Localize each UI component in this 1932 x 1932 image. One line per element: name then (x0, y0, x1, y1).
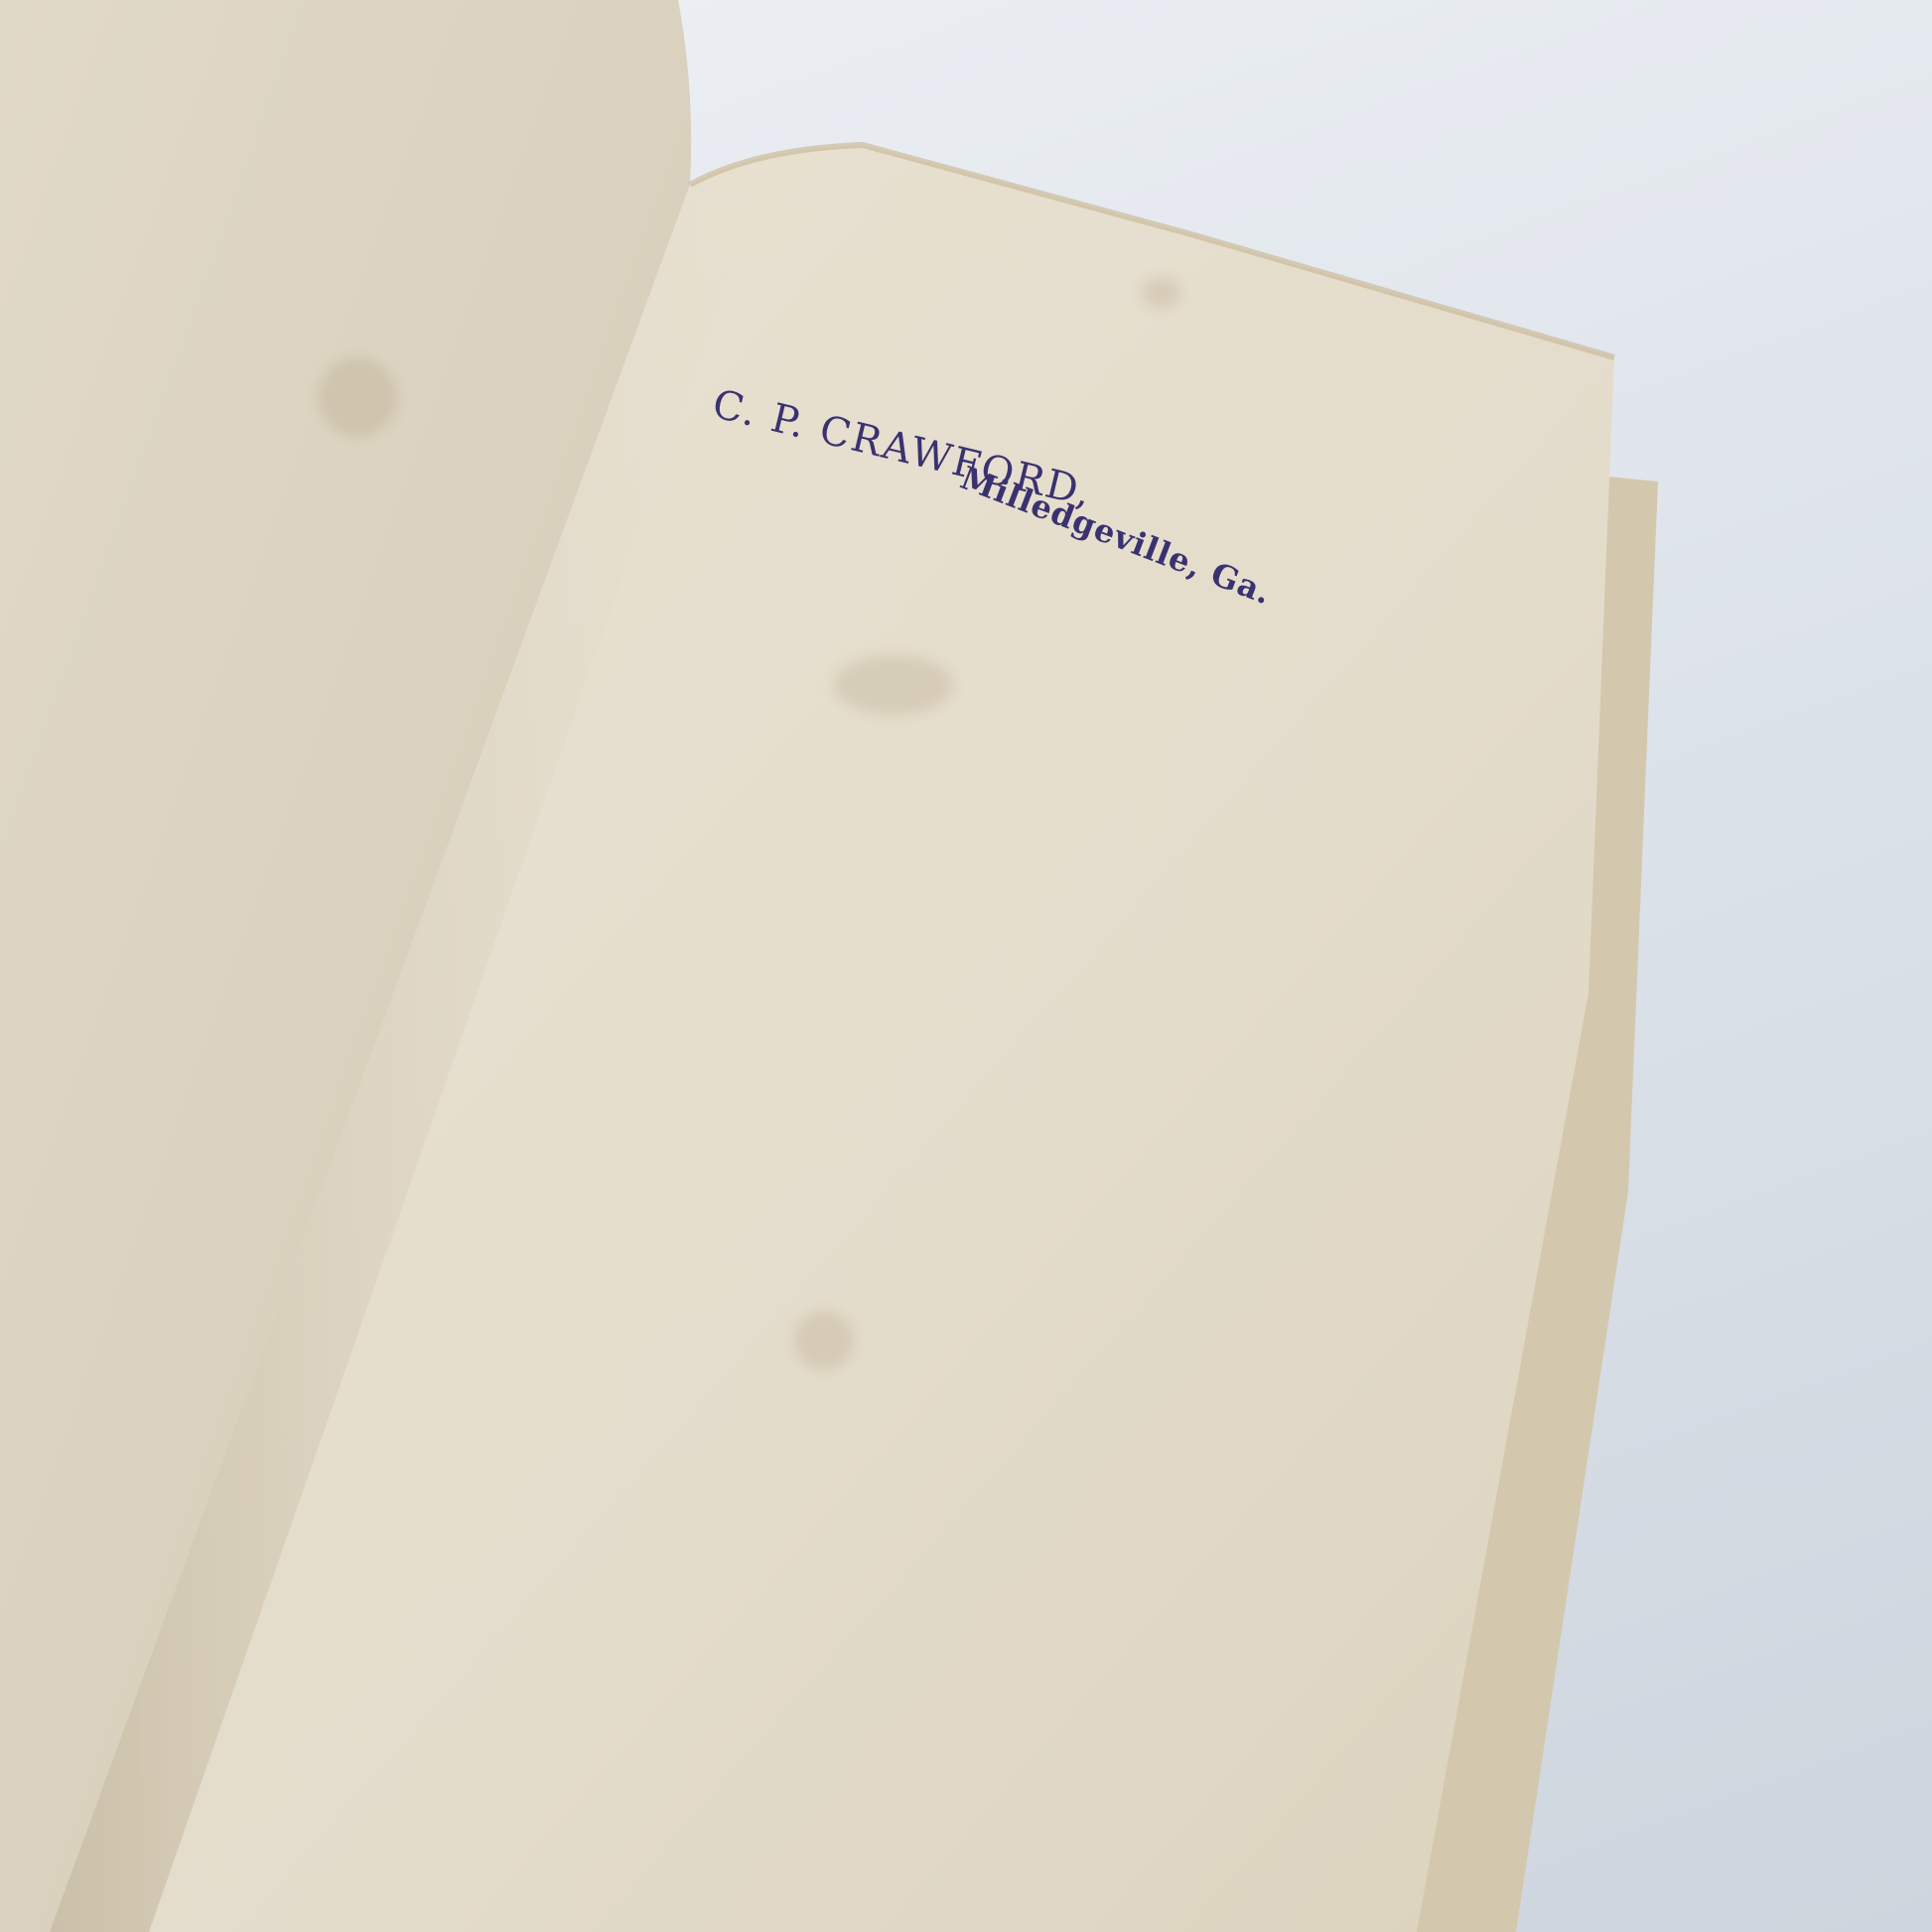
foxing-spot (1142, 278, 1181, 308)
foxing-spot (318, 357, 397, 437)
foxing-spot (834, 655, 953, 715)
book-illustration (0, 0, 1932, 1932)
foxing-spot (794, 1311, 854, 1370)
